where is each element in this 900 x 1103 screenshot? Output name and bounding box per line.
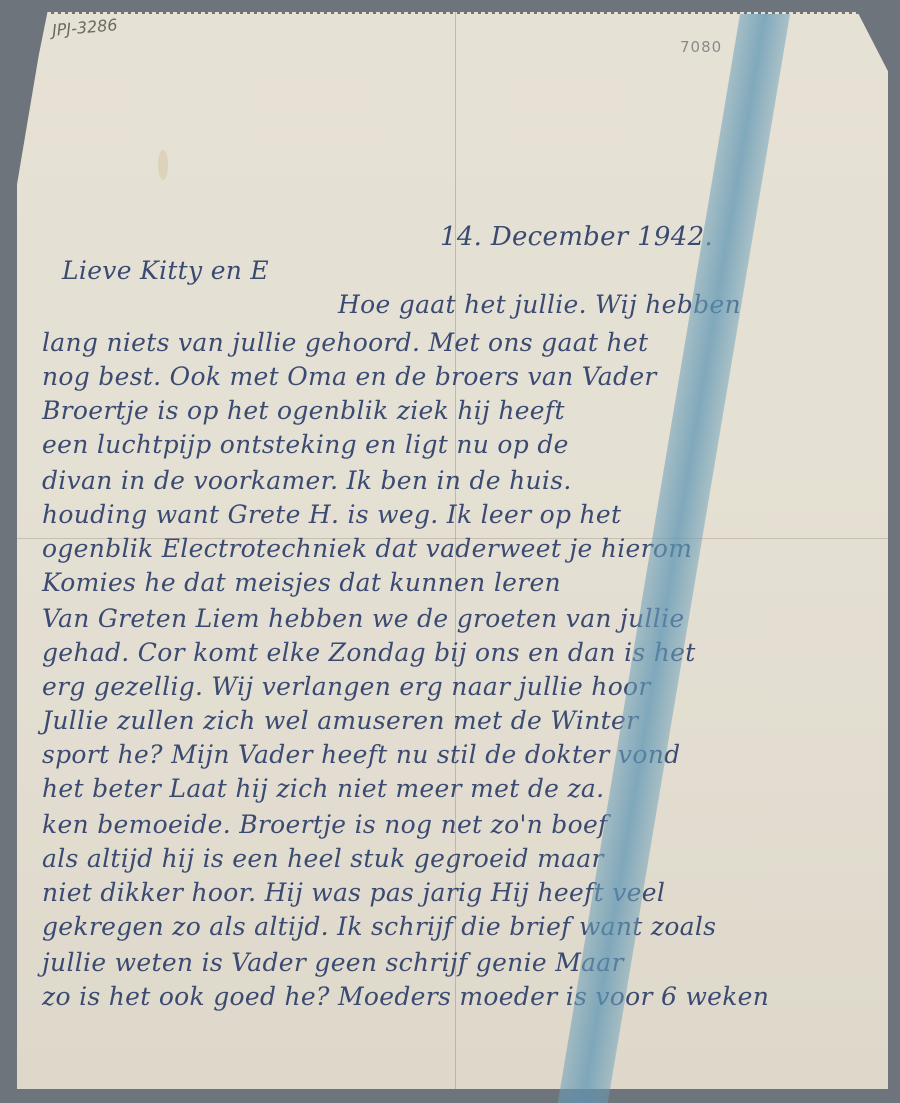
letter-line: niet dikker hoor. Hij was pas jarig Hij … — [42, 878, 665, 907]
letter-date: 14. December 1942. — [440, 222, 713, 252]
letter-line: een luchtpijp ontsteking en ligt nu op d… — [42, 430, 569, 459]
letter-line: Broertje is op het ogenblik ziek hij hee… — [42, 396, 565, 425]
paper-stain — [158, 150, 168, 180]
letter-line: jullie weten is Vader geen schrijf genie… — [42, 948, 624, 977]
perforated-edge — [30, 10, 860, 14]
letter-line: ogenblik Electrotechniek dat vaderweet j… — [42, 534, 692, 563]
letter-line: sport he? Mijn Vader heeft nu stil de do… — [42, 740, 680, 769]
archive-number: 7080 — [680, 38, 722, 56]
letter-line: nog best. Ook met Oma en de broers van V… — [42, 362, 657, 391]
letter-line: divan in de voorkamer. Ik ben in de huis… — [42, 466, 572, 495]
letter-line: Van Greten Liem hebben we de groeten van… — [42, 604, 685, 633]
letter-line: ken bemoeide. Broertje is nog net zo'n b… — [42, 810, 608, 839]
letter-salutation: Lieve Kitty en E — [62, 256, 269, 285]
letter-line: het beter Laat hij zich niet meer met de… — [42, 774, 604, 803]
letter-line: houding want Grete H. is weg. Ik leer op… — [42, 500, 621, 529]
letter-line: als altijd hij is een heel stuk gegroeid… — [42, 844, 604, 873]
letter-line: lang niets van jullie gehoord. Met ons g… — [42, 328, 648, 357]
letter-line: gehad. Cor komt elke Zondag bij ons en d… — [42, 638, 696, 667]
letter-line: erg gezellig. Wij verlangen erg naar jul… — [42, 672, 651, 701]
letter-line: Hoe gaat het jullie. Wij hebben — [338, 290, 741, 319]
letter-line: Komies he dat meisjes dat kunnen leren — [42, 568, 561, 597]
letter-line: zo is het ook goed he? Moeders moeder is… — [42, 982, 769, 1011]
letter-line: Jullie zullen zich wel amuseren met de W… — [42, 706, 638, 735]
